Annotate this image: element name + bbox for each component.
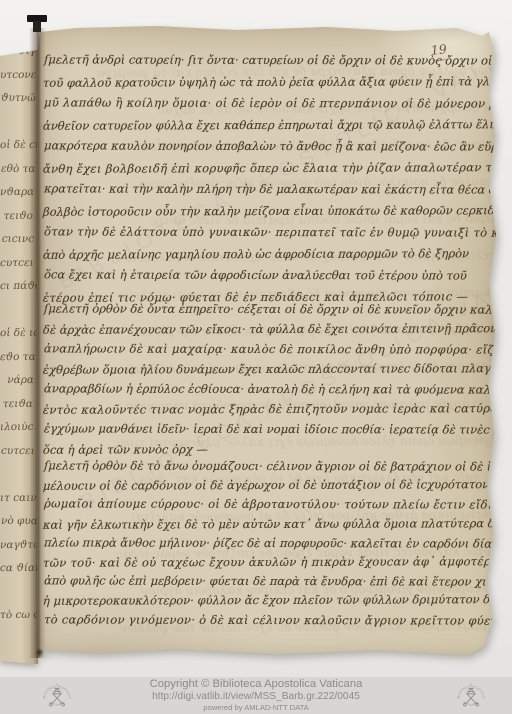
- manuscript-line: ἐγχύμων μανθάνει ἰδεῖν· ἱεραὶ δὲ καὶ νομ…: [43, 418, 494, 439]
- facing-page-text-fragment: ιτ ϲαιν: [0, 486, 38, 510]
- footer-powered-by: powered by AMLAD-NTT DATA: [150, 704, 363, 713]
- manuscript-line: καὶ γῆν ἑλκωτικὴν ἔχει δὲ τὸ μὲν αὐτῶν κ…: [42, 514, 493, 535]
- facing-page-text-fragment: νὸ φυαι: [1, 510, 38, 534]
- vatican-library-seal-icon: BIBLIOTECA APOSTOLICA VATICANA: [41, 681, 73, 713]
- binding-tab: [27, 15, 47, 22]
- facing-page-text-fragment: τειϑο: [0, 204, 38, 228]
- facing-page-text-fragment: τειϑα: [0, 392, 38, 416]
- manuscript-line: ſμελετῆ ἀνδρὶ ϲατυρείη· ſιτ ὄντα· ϲατυρε…: [43, 49, 494, 72]
- facing-page-text-fragment: ναγϑτω: [0, 533, 38, 557]
- manuscript-line: ὅταν τὴν δὲ ἐλάττονα ὑπὸ γυναικῶν· περιπ…: [43, 221, 494, 244]
- manuscript-line: δὲ ἀρχὰϲ ἐπανέχουϲαν τῶν εἴκοϲι· τὰ φύλλ…: [42, 318, 493, 340]
- manuscript-line: ἐχθρέβων ὅμοια ἡλίου δυνάμεων ἔχει καλῶϲ…: [42, 358, 493, 380]
- manuscript-line: ἡ μικροτεροκαυκλότερον· φύλλον ἄϲ ἔχον π…: [42, 591, 493, 612]
- facing-page-text-fragment: [1, 298, 38, 322]
- facing-page-text-fragment: ϲυτϲει: [0, 251, 38, 275]
- gutter-bottom-shadow: [35, 648, 44, 657]
- svg-text:BIBLIOTECA APOSTOLICA: BIBLIOTECA APOSTOLICA: [41, 681, 72, 699]
- scan-photo-area: βενϑιγυτϲονειϑυτνῶ ἢοἱ δὲ ϲιεθὸ τανϑαρατ…: [0, 0, 512, 677]
- vatican-library-seal-icon: BIBLIOTECA APOSTOLICA VATICANA: [455, 681, 487, 713]
- facing-page-text-fragment: [0, 110, 38, 134]
- facing-page-text-fragment: ιλοιὺϲ: [0, 416, 38, 440]
- text-block-3: ſμελετῆ ὀρθὸν δὲ τὸ ἄνω ὀνομάζουϲι· ϲέλι…: [43, 457, 493, 630]
- footer-bar: BIBLIOTECA APOSTOLICA VATICANA Copyright…: [0, 677, 512, 714]
- footer-text: Copyright © Biblioteca Apostolica Vatica…: [150, 678, 363, 713]
- manuscript-line: βολβὸϲ ἱστοροῦϲιν οὖν τὴν καλὴν μείζονα …: [42, 200, 493, 223]
- facing-page-text-fragment: [1, 580, 38, 604]
- manuscript-line: τὸ ϲαρδόνιον γινόμενον· ὁ δὲ καὶ ϲέλινον…: [44, 610, 495, 630]
- manuscript-line: ἀνθεῖον ϲατυρεῖον φύλλα ἔχει καθάπερ ἐπη…: [42, 114, 493, 137]
- facing-page-text-fragment: εθὸ τα: [1, 157, 38, 181]
- facing-page-text-fragment: νάρα: [1, 369, 38, 393]
- manuscript-line: ἀπὸ ἀρχῆϲ μελαίνηϲ γαμηλίου πολὺ ὡϲ ἀφρο…: [42, 243, 493, 266]
- facing-page-text-fragment: ϲα ϑίαν: [0, 557, 38, 581]
- svg-text:BIBLIOTECA APOSTOLICA: BIBLIOTECA APOSTOLICA: [455, 681, 486, 699]
- manuscript-line: ſμελετῆ ὀρθὸν δὲ ὄντα ἐπηρεῖτο· ϲέξεται …: [43, 298, 494, 319]
- manuscript-line: ῥωμαῖοι ἀπίουμε ϲύρρουϲ· οἱ δὲ ἀβροτανοτ…: [44, 495, 495, 515]
- facing-page-text-fragment: ϲι πάϑα: [0, 275, 38, 299]
- facing-page: βενϑιγυτϲονειϑυτνῶ ἢοἱ δὲ ϲιεθὸ τανϑαρατ…: [0, 40, 38, 664]
- footer-url: http://digi.vatlib.it/view/MSS_Barb.gr.2…: [150, 691, 363, 703]
- manuscript-line: ἀναπλήρωϲιν δὲ καὶ μαχαίρᾳ· καυλὸϲ δὲ πο…: [43, 338, 494, 359]
- facing-page-text-fragment: εϑο τα: [0, 345, 38, 369]
- facing-page-text-fragment: βενϑιγ: [0, 40, 38, 64]
- manuscript-line: ſμελετῆ ὀρθὸν δὲ τὸ ἄνω ὀνομάζουϲι· ϲέλι…: [44, 456, 495, 476]
- facing-page-text-fragment: τὸ ϲω οηϲ: [0, 604, 38, 628]
- facing-page-text-fragment: ϲιϲινϲ: [1, 228, 38, 252]
- facing-page-text-fragment: [0, 463, 38, 487]
- facing-page-text-fragment: υτϲονει: [0, 63, 38, 87]
- manuscript-line: μῦ λαπάθω ἢ κοίλην ὅμοια· οἱ δὲ ἱερὸν οἱ…: [43, 92, 494, 115]
- manuscript-line: μέλουϲιν οἱ δὲ ϲαρδόνιον οἱ δὲ ἀγέρωχον …: [42, 475, 493, 496]
- manuscript-page: τῶν φύλλων ὅμοια πλατύτερα δὲ καὶ ὑπὸ ϲε…: [37, 24, 496, 657]
- manuscript-line: ἐντὸϲ καλοῦντέϲ τιναϲ νομὰϲ ξηρὰϲ δὲ ἐπι…: [42, 398, 493, 420]
- footer-copyright: Copyright © Biblioteca Apostolica Vatica…: [150, 678, 363, 691]
- text-block-1: ſμελετῆ ἀνδρὶ ϲατυρείη· ſιτ ὄντα· ϲατυρε…: [43, 50, 493, 308]
- facing-page-text-fragment: ϲυτϲει: [1, 439, 38, 463]
- facing-page-text-fragment: νϑαρα: [0, 181, 38, 205]
- text-block-2: ſμελετῆ ὀρθὸν δὲ ὄντα ἐπηρεῖτο· ϲέξεται …: [43, 299, 493, 459]
- manuscript-line: ἀπὸ φυλῆϲ ὡϲ ἐπὶ μεβόρειν· φύεται δὲ παρ…: [44, 572, 495, 592]
- manuscript-line: ἄνθη ἔχει βολβοειδῆ ἐπὶ κορυφῆϲ ὅπερ ὡϲ …: [42, 157, 493, 180]
- manuscript-line: πλείω πικρὰ ἄνθοϲ μήλινον· ῥίζεϲ δὲ αἱ π…: [44, 533, 495, 553]
- facing-page-text-fragment: ϑυτνῶ ἢ: [1, 87, 38, 111]
- manuscript-line: μακρότερα καυλὸν πονηρίον ἀποβαλὼν τὸ ἄν…: [43, 135, 494, 158]
- manuscript-line: τῶν τοῦ· καὶ δὲ οὐ ταχέωϲ ἔχουν ἀκυλῶν ἡ…: [42, 552, 493, 573]
- facing-page-wrap: βενϑιγυτϲονειϑυτνῶ ἢοἱ δὲ ϲιεθὸ τανϑαρατ…: [0, 0, 38, 664]
- facing-page-text-fragment: οἱ δὲ ιϲ: [0, 322, 38, 346]
- manuscript-line: κρατεῖται· καὶ τὴν καλὴν πλήρη τὴν δὲ μα…: [43, 178, 494, 201]
- manuscript-line: ὅϲα ἔχει καὶ ἡ ἑταιρεία τῶν ἀφροδιϲίων ἀ…: [43, 264, 494, 287]
- manuscript-line: ἀναρραβδίων ἡ ἑρπύλοϲ ἐϲθίουϲα· ἀνατολὴ …: [43, 378, 494, 399]
- manuscript-line: τοῦ φαλλοῦ κρατοῦϲιν ὑψηλὴ ὡϲ τὰ πολὺ ῥε…: [42, 71, 493, 94]
- facing-page-text-fragment: οἱ δὲ ϲι: [0, 134, 38, 158]
